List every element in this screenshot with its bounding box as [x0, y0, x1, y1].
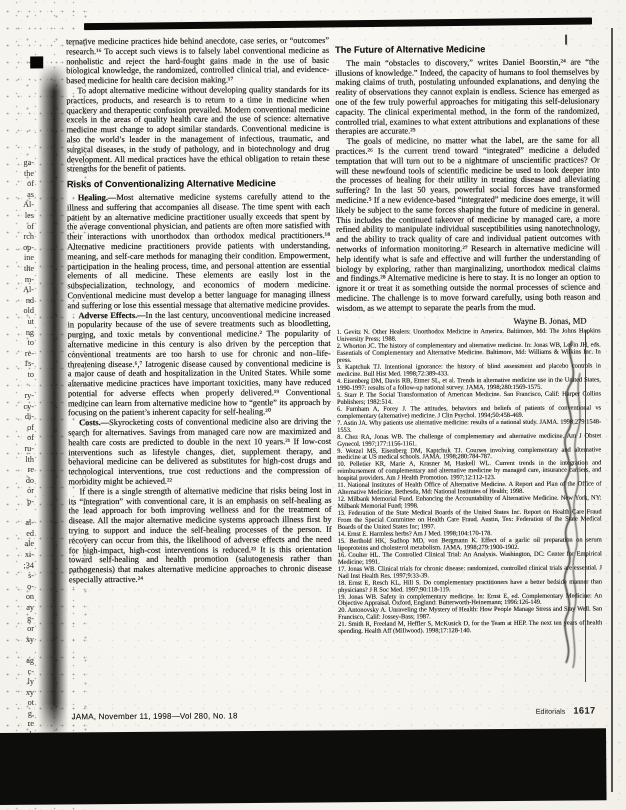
body-paragraph: ternative medicine practices hide behind…: [66, 36, 329, 86]
body-paragraph-costs: Costs.—Skyrocketing costs of conventiona…: [68, 417, 331, 487]
body-paragraph: The main “obstacles to discovery,” write…: [335, 57, 599, 137]
body-paragraph-healing: Healing.—Most alternative medicine syste…: [67, 192, 331, 311]
section-heading-future: The Future of Alternative Medicine: [335, 44, 599, 55]
paragraph-text: Skyrocketing costs of conventional medic…: [68, 417, 331, 486]
ink-blot-square: [30, 56, 43, 68]
author-signature: Wayne B. Jonas, MD: [337, 316, 601, 327]
handwritten-margin-marks-icon: [552, 333, 588, 678]
margin-rule-line: [585, 330, 586, 682]
scan-artifact-bottom-bar: [0, 728, 607, 805]
scan-artifact-top-bar: [84, 17, 592, 30]
page-edge-line: [611, 28, 613, 792]
section-heading-risks: Risks of Conventionalizing Alternative M…: [67, 179, 330, 190]
journal-footer: JAMA, November 11, 1998—Vol 280, No. 18: [72, 711, 238, 721]
scanned-journal-page: ga-theofasAl-lesofrchop-inethem-Al-ndold…: [0, 0, 626, 810]
left-column: ternative medicine practices hide behind…: [66, 36, 332, 585]
scan-mark: [565, 35, 567, 45]
body-paragraph: To adopt alternative medicine without de…: [66, 85, 329, 175]
paragraph-text: Most alternative medicine systems carefu…: [67, 192, 331, 310]
run-in-heading: Healing.—: [78, 193, 116, 202]
paragraph-text: In the last century, unconventional medi…: [68, 309, 331, 417]
run-in-heading: Adverse Effects.—: [79, 310, 146, 319]
footer-right: Editorials 1617: [536, 706, 596, 716]
body-paragraph: The goals of medicine, no matter what th…: [336, 136, 601, 314]
body-paragraph: If there is a single strength of alterna…: [68, 486, 332, 585]
page-number: 1617: [573, 706, 595, 716]
body-paragraph-adverse-effects: Adverse Effects.—In the last century, un…: [68, 309, 332, 418]
footer-section-label: Editorials: [536, 707, 566, 716]
run-in-heading: Costs.—: [79, 418, 109, 427]
